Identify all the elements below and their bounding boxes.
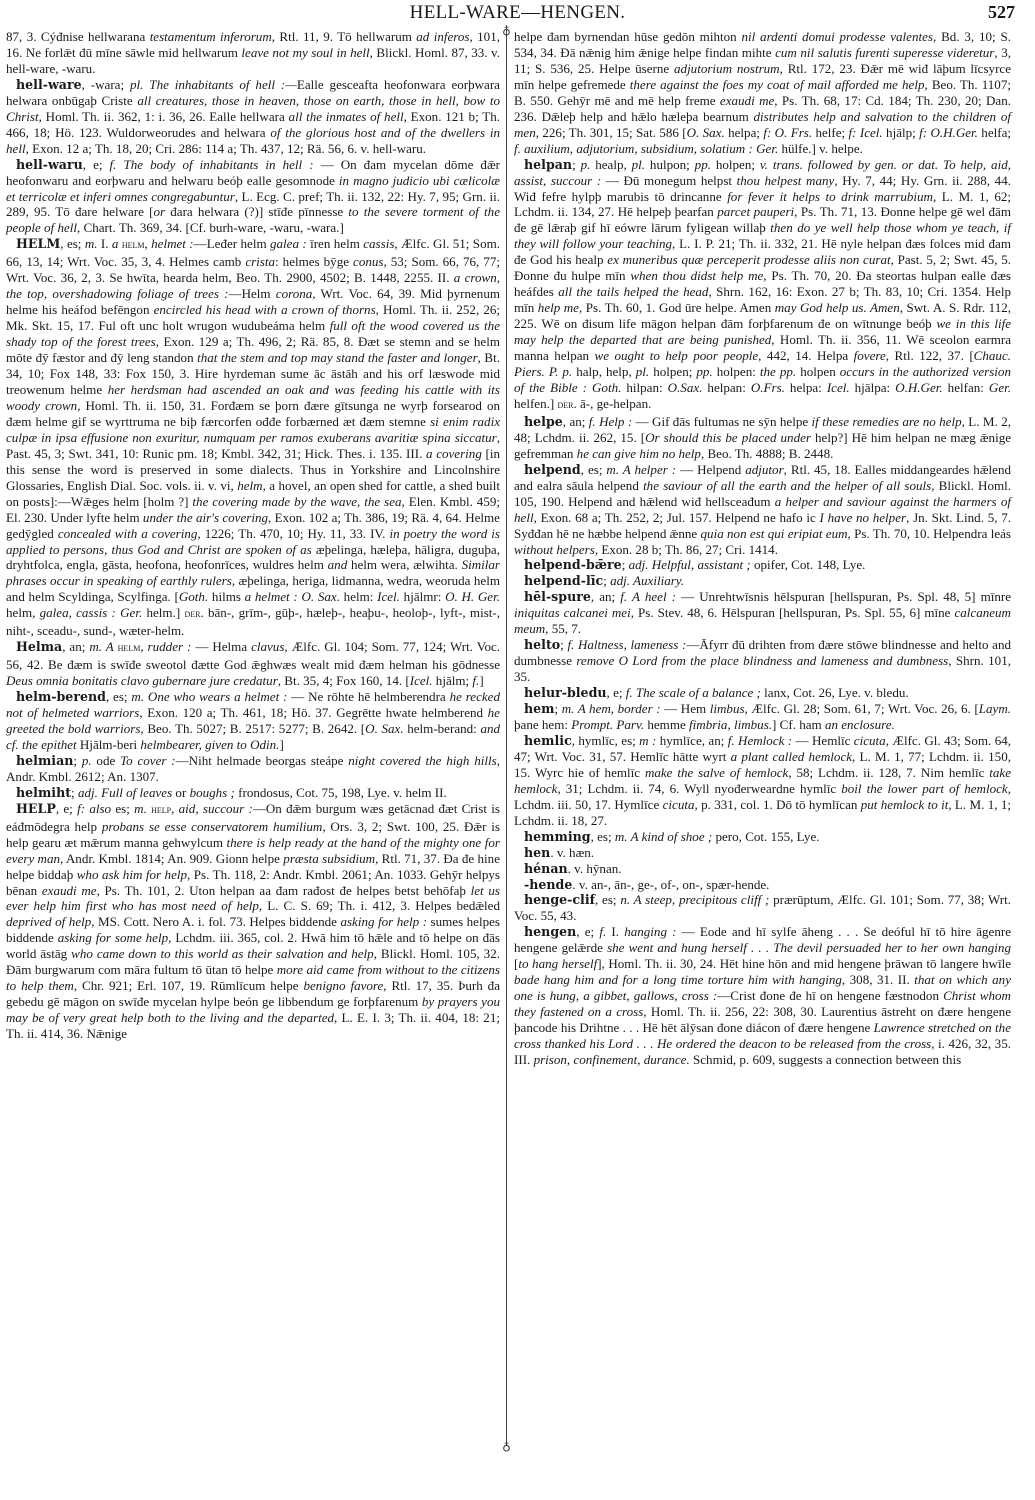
italic-gloss: who came down to this world as their sal… (71, 946, 374, 961)
dictionary-entry: helmiht; adj. Full of leaves or boughs ;… (6, 785, 500, 801)
italic-gloss: f: O. Frs. (763, 125, 812, 140)
italic-gloss: f. The scale of a balance ; (626, 685, 761, 700)
entry-text: 87, 3. Cýđnise hellwarana (6, 29, 150, 44)
italic-gloss: m. One who wears a helmet : (131, 689, 287, 704)
entry-text: , Beo. Th. 4888; B. 2448. (701, 446, 833, 461)
italic-gloss: Or should this be placed under (645, 430, 811, 445)
entry-text: helfen.] (514, 396, 557, 411)
italic-gloss: pl. The inhabitants of hell :— (130, 77, 297, 92)
entry-text: helfa; (978, 125, 1011, 140)
entry-text: hulpon; (645, 157, 695, 172)
italic-gloss: testamentum inferorum (150, 29, 272, 44)
italic-gloss: pl. (636, 364, 649, 379)
entry-text: hjālmr: (400, 589, 445, 604)
entry-text: đara helwara (?)] stīđe pīnnesse (165, 204, 348, 219)
entry-text: es; (111, 801, 134, 816)
italic-gloss: f: O.H.Ger. (919, 125, 978, 140)
italic-gloss: Goth. (179, 589, 208, 604)
headword: Helma (16, 639, 62, 654)
entry-text: , MS. Cott. Nero A. i. fol. 73. Helpes b… (91, 914, 340, 929)
italic-gloss: m. A hem, border : (562, 701, 661, 716)
entry-text: hemme (644, 717, 689, 732)
italic-gloss: corona (276, 286, 312, 301)
entry-text: helm-berand: (404, 721, 481, 736)
dictionary-entry: Helma, an; m. A helm, rudder : — Helma c… (6, 639, 500, 689)
italic-gloss: helmbearer, given to Odin. (140, 737, 279, 752)
dictionary-entry: hell-ware, -wara; pl. The inhabitants of… (6, 77, 500, 157)
entry-text: , (171, 801, 179, 816)
entry-text: opifer, Cot. 148, Lye. (751, 557, 866, 572)
dictionary-entry: helur-bledu, e; f. The scale of a balanc… (514, 685, 1011, 701)
dictionary-entry: HELP, e; f: also es; m. help, aid, succo… (6, 801, 500, 1042)
entry-text: , an; (62, 639, 89, 654)
entry-text: hjālp; (883, 125, 919, 140)
italic-gloss: a covering (426, 446, 482, 461)
italic-gloss: f. Haltness, lameness : (567, 637, 686, 652)
entry-text: , Exon. 120 a; Th. 461, 18; Hö. 37. Gegr… (139, 705, 487, 720)
entry-text: lanx, Cot. 26, Lye. v. bledu. (761, 685, 909, 700)
entry-continuation: 87, 3. Cýđnise hellwarana testamentum in… (6, 29, 500, 77)
italic-gloss: there against the foes my coat of mail a… (630, 77, 925, 92)
headword: helpend-bǣre (524, 557, 622, 572)
italic-gloss: encircled his head with a crown of thorn… (154, 302, 376, 317)
dictionary-entry: henge-clif, es; n. A steep, precipitous … (514, 892, 1011, 924)
italic-gloss: help me (538, 300, 579, 315)
entry-text: ; (572, 157, 581, 172)
entry-text: —Helm (229, 286, 276, 301)
italic-gloss: m. A kind of shoe ; (615, 829, 712, 844)
italic-gloss: f. Hemlock : (728, 733, 792, 748)
italic-gloss: without helpers (514, 542, 595, 557)
entry-text: ] (279, 737, 283, 752)
italic-gloss: p. (82, 753, 92, 768)
italic-gloss: cicuta (854, 733, 886, 748)
entry-text: — Gif đās fultumas ne sȳn helpe (632, 414, 811, 429)
entry-text: helm: (340, 589, 377, 604)
italic-gloss: Icel. (377, 589, 400, 604)
italic-gloss: Icel. (827, 380, 850, 395)
dictionary-entry: hemming, es; m. A kind of shoe ; pero, C… (514, 829, 1011, 845)
headword: hem (524, 701, 555, 716)
entry-text: hymlīce, an; (656, 733, 727, 748)
small-caps-text: help (151, 804, 171, 816)
entry-text: , Ps. Th. 70, 10. Helpendra leás (848, 526, 1011, 541)
dictionary-entry: helto; f. Haltness, lameness :—Āfyrr đū … (514, 637, 1011, 685)
italic-gloss: bade hang him and for a long time tortur… (514, 972, 842, 987)
headword: helpend-līc (524, 573, 603, 588)
headword: HELM (16, 236, 60, 251)
entry-text: , Chart. Th. 369, 34. [Cf. burh-ware, -w… (77, 220, 344, 235)
entry-text: —Leđer helm (194, 236, 270, 251)
left-column: 87, 3. Cýđnise hellwarana testamentum in… (6, 29, 500, 1469)
entry-text: , Exon. 12 a; Th. 18, 20; Cri. 286: 114 … (26, 141, 426, 156)
italic-gloss: nil ardenti domui prodesse valentes (741, 29, 933, 44)
italic-gloss: he can give him no help (577, 446, 701, 461)
headword: helmiht (16, 785, 71, 800)
entry-text: ] (479, 673, 483, 688)
italic-gloss: exaudi me (42, 883, 97, 898)
italic-gloss: O. Sax. (687, 125, 725, 140)
entry-text: , Ps. Th. 60, 1. God ūre helpe. Amen (579, 300, 775, 315)
entry-text: , es; (581, 462, 607, 477)
entry-text: , p. 331, col. 1. Dō tō hymlīcan (695, 797, 861, 812)
headword: helur-bledu (524, 685, 607, 700)
entry-continuation: helpe đam byrnendan hūse gedōn mihton ni… (514, 29, 1011, 157)
italic-gloss: O. Sax. (365, 721, 403, 736)
entry-text: — Hemlīc (792, 733, 854, 748)
entry-text: , Ps. Th. 101, 2. Uton helpan aa đam rađ… (97, 883, 471, 898)
headword: hemming (524, 829, 591, 844)
italic-gloss: m. (85, 236, 98, 251)
entry-text: , 1226; Th. 470, 10; Hy. 11, 33. IV. (197, 526, 389, 541)
italic-gloss: f. auxilium, adjutorium, subsidium, sola… (514, 141, 778, 156)
italic-gloss: cicuta (663, 797, 695, 812)
entry-text: helm, (6, 605, 40, 620)
italic-gloss: all the tails helped the head (558, 284, 708, 299)
small-caps-text: der (557, 399, 573, 411)
entry-text: — Đū monegum helpst (601, 173, 736, 188)
italic-gloss: that the stem and top may stand the fast… (197, 350, 478, 365)
entry-text: helm.] (142, 605, 184, 620)
italic-gloss: the saviour of all the earth and the hel… (643, 478, 931, 493)
entry-text: —Niht helmade beorgas steápe (176, 753, 349, 768)
entry-text: , Bt. 35, 4; Fox 160, 14. [ (278, 673, 410, 688)
dictionary-entry: hénan. v. hȳnan. (514, 861, 1011, 877)
italic-gloss: O.Frs. (751, 380, 785, 395)
italic-gloss: for fever it helps to drink marrubium (727, 189, 933, 204)
italic-gloss: boughs ; (190, 785, 235, 800)
entry-text: hjālm; (433, 673, 473, 688)
entry-text: . v. hȳnan. (568, 861, 622, 876)
entry-text: pero, Cot. 155, Lye. (712, 829, 819, 844)
entry-text: holpen (796, 364, 840, 379)
entry-text: , 31; Lchdm. ii. 74, 6. Wyll nyođerweard… (557, 781, 841, 796)
italic-gloss: f. Help : (589, 414, 632, 429)
italic-gloss: thou helpest many (737, 173, 835, 188)
entry-text: holpen; (649, 364, 696, 379)
italic-gloss: adj. Full of leaves (78, 785, 172, 800)
entry-text: ], Homl. Th. ii. 30, 24. Hēt hine hōn an… (597, 956, 1011, 971)
italic-gloss: deprived of help (6, 914, 91, 929)
italic-gloss: a helmet : O. Sax. (245, 589, 340, 604)
small-caps-text: der (184, 608, 200, 620)
italic-gloss: p. (581, 157, 591, 172)
entry-text: , 226; Th. 301, 15; Sat. 586 [ (536, 125, 687, 140)
entry-text: Hjālm-beri (77, 737, 141, 752)
italic-gloss: Prompt. Parv. (571, 717, 644, 732)
italic-gloss: præsta subsidium (283, 851, 375, 866)
italic-gloss: adj. Auxiliary. (610, 573, 684, 588)
entry-text: — Helpend (676, 462, 745, 477)
italic-gloss: conus (353, 254, 383, 269)
italic-gloss: asking for help : (340, 914, 427, 929)
italic-gloss: Deus omnia bonitatis clavo gubernare jur… (6, 673, 278, 688)
italic-gloss: adjutor (745, 462, 783, 477)
dictionary-entry: HELM, es; m. I. a helm, helmet :—Leđer h… (6, 236, 500, 639)
italic-gloss: galea : (270, 236, 307, 251)
divider-ornament-bottom-icon: ♁ (500, 1440, 513, 1453)
headword: hemlic (524, 733, 572, 748)
italic-gloss: I have no helper (820, 510, 907, 525)
small-caps-text: helm (118, 642, 141, 654)
page-number: 527 (988, 2, 1015, 23)
entry-text: frondosus, Cot. 75, 198, Lye. v. helm II… (235, 785, 447, 800)
dictionary-entry: hen. v. hæn. (514, 845, 1011, 861)
entry-text: . ā-, ge-helpan. (573, 396, 651, 411)
italic-gloss: galea, cassis : Ger. (40, 605, 143, 620)
entry-text: , hymlīc, es; (572, 733, 639, 748)
italic-gloss: adj. Helpful, assistant ; (629, 557, 751, 572)
italic-gloss: crista (245, 254, 275, 269)
entry-text: , L. C. S. 69; Th. i. 412, 3. Helpes bed… (259, 898, 500, 913)
entry-text: ode (92, 753, 120, 768)
entry-text: ; (71, 785, 78, 800)
headword: hénan (524, 861, 568, 876)
italic-gloss: To cover : (120, 753, 176, 768)
italic-gloss: when thou didst help me (630, 268, 763, 283)
entry-text: — Helma (191, 639, 251, 654)
entry-text: ; (555, 701, 562, 716)
right-column: helpe đam byrnendan hūse gedōn mihton ni… (514, 29, 1011, 1469)
dictionary-entry: helmian; p. ode To cover :—Niht helmade … (6, 753, 500, 785)
entry-text: hjālpa: (850, 380, 896, 395)
italic-gloss: make the salve of hemlock (645, 765, 788, 780)
entry-text: , Homl. Th. ii. 362, 1: i. 36, 26. Ealle… (39, 109, 289, 124)
entry-text: or (172, 785, 189, 800)
italic-gloss: adjutorium nostrum (674, 61, 780, 76)
italic-gloss: Ger. (989, 380, 1011, 395)
entry-text: , (140, 639, 147, 654)
italic-gloss: all the inmates of hell (289, 109, 404, 124)
italic-gloss: f: also (77, 801, 111, 816)
entry-text: — Unrehtwīsnis hēlspuran [hellspuran, Ps… (676, 589, 1011, 604)
dictionary-entry: helpend-bǣre; adj. Helpful, assistant ; … (514, 557, 1011, 573)
dictionary-entry: hem; m. A hem, border : — Hem limbus, Æl… (514, 701, 1011, 733)
entry-text: I. (606, 924, 624, 939)
entry-text: , Exon. 28 b; Th. 86, 27; Cri. 1414. (595, 542, 778, 557)
entry-text: : helmes bȳge (275, 254, 353, 269)
entry-text: , 55, 7. (545, 621, 581, 636)
dictionary-entry: helpend, es; m. A helper : — Helpend adj… (514, 462, 1011, 558)
entry-text: — Hem (661, 701, 710, 716)
headword: hēl-spure (524, 589, 591, 604)
entry-text: holpen; (711, 157, 760, 172)
entry-text: hilpan: (621, 380, 667, 395)
italic-gloss: probans se esse conservatorem humilium (102, 819, 322, 834)
italic-gloss: helmet : (151, 236, 194, 251)
entry-text: , e; (576, 924, 599, 939)
entry-text: , Homl. Th. ii. 150, 31. Forđæm se þorn … (6, 398, 500, 429)
italic-gloss: may God help us. Amen (775, 300, 900, 315)
entry-text: helm wera, ælwihta. (347, 557, 461, 572)
entry-text: helpan: (702, 380, 750, 395)
dictionary-entry: helpan; p. healp, pl. hulpon; pp. holpen… (514, 157, 1011, 414)
dictionary-entry: helpe, an; f. Help : — Gif đās fultumas … (514, 414, 1011, 462)
entry-text: healp, (590, 157, 631, 172)
entry-text: holpen: (713, 364, 760, 379)
headword: hengen (524, 924, 576, 939)
running-title: HELL-WARE—HENGEN. (0, 2, 1035, 24)
entry-text: , Beo. Th. 5027; B. 2517: 5277; B. 2642.… (140, 721, 365, 736)
entry-text: , Exon. 68 a; Th. 252, 2; Jul. 157. Help… (534, 510, 820, 525)
entry-text: , es; (595, 892, 620, 907)
italic-gloss: helm (237, 478, 262, 493)
italic-gloss: remove O Lord from the place blindness a… (576, 653, 948, 668)
italic-gloss: cassis (363, 236, 394, 251)
italic-gloss: night covered the high hills (348, 753, 496, 768)
italic-gloss: an enclosure. (825, 717, 895, 732)
italic-gloss: n. A steep, precipitous cliff ; (620, 892, 769, 907)
italic-gloss: quia non est qui eripiat eum (701, 526, 848, 541)
entry-text: īren helm (307, 236, 364, 251)
entry-text: , Rtl. 11, 9. Tō hellwarum (272, 29, 417, 44)
italic-gloss: hanging : (624, 924, 676, 939)
entry-text: hilms (208, 589, 244, 604)
italic-gloss: who ask him for help (77, 867, 187, 882)
entry-text: I. (98, 236, 112, 251)
entry-text: , an; (563, 414, 589, 429)
italic-gloss: fimbria, limbus. (689, 717, 772, 732)
italic-gloss: rudder : (148, 639, 192, 654)
entry-text: hülfe.] v. helpe. (778, 141, 863, 156)
italic-gloss: concealed with a covering (58, 526, 198, 541)
headword: helm-berend (16, 689, 106, 704)
divider-ornament-top-icon: ♁ (500, 24, 513, 37)
italic-gloss: fovere (854, 348, 886, 363)
italic-gloss: Laym. (979, 701, 1011, 716)
entry-text: — Ne rōhte hē helmberendra (287, 689, 449, 704)
italic-gloss: m : (639, 733, 656, 748)
entry-text: . v. an-, ān-, ge-, of-, on-, spær-hende… (572, 877, 769, 892)
dictionary-entry: helpend-līc; adj. Auxiliary. (514, 573, 1011, 589)
headword: helto (524, 637, 560, 652)
italic-gloss: iniquitas calcanei mei (514, 605, 631, 620)
italic-gloss: benigno favore (303, 978, 383, 993)
headword: helpe (524, 414, 563, 429)
italic-gloss: or (153, 204, 165, 219)
headword: helpend (524, 462, 581, 477)
italic-gloss: aid, succour : (179, 801, 253, 816)
entry-text: , Rtl. 122, 37. [ (886, 348, 974, 363)
italic-gloss: put hemlock to it (861, 797, 949, 812)
entry-text: . v. hæn. (550, 845, 594, 860)
headword: henge-clif (524, 892, 595, 907)
italic-gloss: pp. (696, 364, 712, 379)
italic-gloss: Icel. (410, 673, 433, 688)
italic-gloss: f. The body of inhabitants in hell : (110, 157, 314, 172)
italic-gloss: boil the lower part of hemlock (841, 781, 1007, 796)
italic-gloss: under the air's covering (143, 510, 268, 525)
italic-gloss: we ought to help poor people (595, 348, 759, 363)
entry-text: , 308, 31. II. (842, 972, 914, 987)
italic-gloss: ex muneribus quæ perceperit prodesse ali… (607, 252, 890, 267)
entry-text: , e; (83, 157, 110, 172)
italic-gloss: f. A heel : (620, 589, 676, 604)
italic-gloss: O.H.Ger. (895, 380, 942, 395)
dictionary-entry: hengen, e; f. I. hanging : — Eode and hī… (514, 924, 1011, 1068)
italic-gloss: parcet pauperi (717, 204, 794, 219)
italic-gloss: O. H. Ger. (445, 589, 500, 604)
italic-gloss: leave not my soul in hell (241, 45, 369, 60)
entry-text: helfe; (812, 125, 848, 140)
entry-text: Schmid, p. 609, suggests a connection be… (690, 1052, 961, 1067)
italic-gloss: O.Sax. (668, 380, 703, 395)
headword: HELP (16, 801, 56, 816)
dictionary-entry: -hende. v. an-, ān-, ge-, of-, on-, spær… (514, 877, 1011, 893)
italic-gloss: and (328, 557, 348, 572)
entry-text: , Ælfc. Gl. 28; Som. 61, 7; Wrt. Voc. 26… (745, 701, 979, 716)
entry-text: —Crist đone đe hī on hengene fæstnodon (717, 988, 943, 1003)
page-header: HELL-WARE—HENGEN. 527 (0, 2, 1035, 26)
italic-gloss: pp. (695, 157, 711, 172)
entry-text: , Ps. Stev. 48, 6. Hēlspuran [hellspuran… (631, 605, 955, 620)
entry-text: ; (622, 557, 629, 572)
italic-gloss: the pp. (760, 364, 796, 379)
entry-text: þane hem: (514, 717, 571, 732)
entry-text: helfan: (943, 380, 989, 395)
entry-text: , e; (56, 801, 77, 816)
small-caps-text: helm (122, 239, 145, 251)
dictionary-entry: hemlic, hymlīc, es; m : hymlīce, an; f. … (514, 733, 1011, 829)
entry-text: , es; (60, 236, 85, 251)
entry-text: , 442, 14. Helpa (758, 348, 853, 363)
italic-gloss: exaudi me (720, 93, 774, 108)
entry-text: , -wara; (82, 77, 130, 92)
entry-text: helpa: (785, 380, 827, 395)
column-divider (506, 30, 507, 1445)
entry-text: , es; (591, 829, 615, 844)
italic-gloss: clavus (251, 639, 284, 654)
entry-text: , Andr. Kmbl. 1814; An. 909. Gionn helpe (60, 851, 283, 866)
italic-gloss: a (112, 236, 122, 251)
entry-text: , es; (106, 689, 131, 704)
headword: -hende (524, 877, 572, 892)
entry-text: , 58; Lchdm. ii. 128, 7. Nim hemlīc (788, 765, 989, 780)
italic-gloss: to hang herself (518, 956, 597, 971)
italic-gloss: f: Icel. (849, 125, 883, 140)
headword: hell-waru (16, 157, 83, 172)
headword: helmian (16, 753, 73, 768)
headword: helpan (524, 157, 572, 172)
italic-gloss: the covering made by the wave, the sea (192, 494, 401, 509)
italic-gloss: pl. (632, 157, 645, 172)
italic-gloss: ad inferos (416, 29, 469, 44)
italic-gloss: cum nil salutis furenti superesse videre… (775, 45, 994, 60)
italic-gloss: m. (134, 801, 147, 816)
entry-text: , e; (607, 685, 626, 700)
dictionary-entry: hell-waru, e; f. The body of inhabitants… (6, 157, 500, 237)
italic-gloss: she went and hung herself . . . The devi… (607, 940, 1011, 955)
italic-gloss: limbus (710, 701, 745, 716)
dictionary-entry: helm-berend, es; m. One who wears a helm… (6, 689, 500, 753)
italic-gloss: asking for some help (58, 930, 168, 945)
headword: hen (524, 845, 550, 860)
entry-text: , Chr. 921; Erl. 107, 19. Rūmlīcum helpe (74, 978, 304, 993)
italic-gloss: m. A helper : (606, 462, 676, 477)
entry-text: helpa; (725, 125, 764, 140)
dictionary-entry: hēl-spure, an; f. A heel : — Unrehtwīsni… (514, 589, 1011, 637)
entry-text: , an; (591, 589, 620, 604)
italic-gloss: if these remedies are no help (812, 414, 962, 429)
italic-gloss: a plant called hemlock (731, 749, 852, 764)
entry-text: ; (73, 753, 81, 768)
entry-text: helpe đam byrnendan hūse gedōn mihton (514, 29, 741, 44)
italic-gloss: m. A (89, 639, 113, 654)
italic-gloss: prison, confinement, durance. (534, 1052, 690, 1067)
headword: hell-ware (16, 77, 82, 92)
entry-text: halp, help, (572, 364, 636, 379)
entry-text: ] Cf. ham (772, 717, 825, 732)
